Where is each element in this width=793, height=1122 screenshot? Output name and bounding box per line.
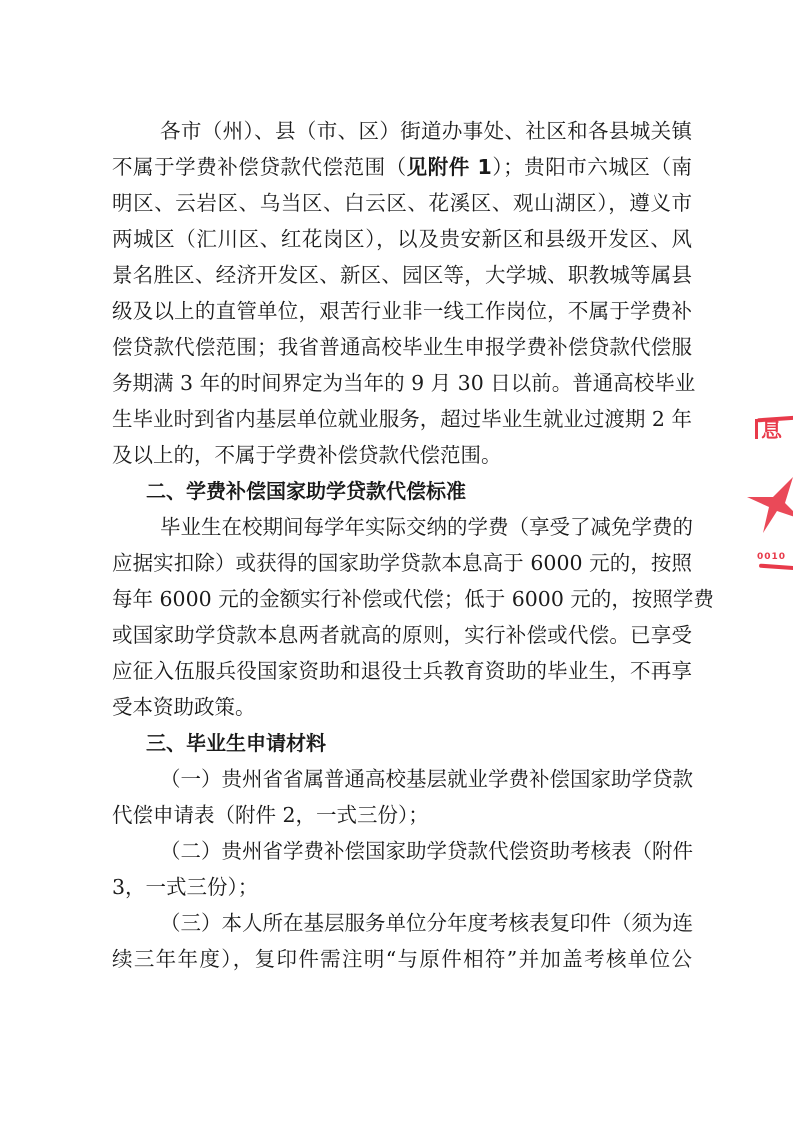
paragraph-line: 级及以上的直管单位，艰苦行业非一线工作岗位，不属于学费补 [112,293,692,329]
list-item-line: （一）贵州省省属普通高校基层就业学费补偿国家助学贷款 [112,761,692,797]
paragraph-line: 应据实扣除）或获得的国家助学贷款本息高于 6000 元的，按照 [112,545,692,581]
text-span: 不属于学费补偿贷款代偿范围（ [112,155,407,179]
attachment-reference: 见附件 1 [407,155,492,179]
list-item-line: 3，一式三份）； [112,869,692,905]
list-item-line: （二）贵州省学费补偿国家助学贷款代偿资助考核表（附件 [112,833,692,869]
list-item-line: 续三年年度），复印件需注明“与原件相符”并加盖考核单位公 [112,941,692,977]
text-span: ）；贵阳市六城区（南 [492,155,692,179]
seal-ring-edge [755,419,758,439]
section-heading: 三、毕业生申请材料 [112,725,692,761]
paragraph-line: 生毕业时到省内基层单位就业服务，超过毕业生就业过渡期 2 年 [112,401,692,437]
paragraph-line: 受本资助政策。 [112,689,692,725]
paragraph-line: 及以上的，不属于学费补偿贷款代偿范围。 [112,437,692,473]
seal-ring-bottom [759,564,793,571]
paragraph-line: 景名胜区、经济开发区、新区、园区等，大学城、职教城等属县 [112,257,692,293]
paragraph-line: 或国家助学贷款本息两者就高的原则，实行补偿或代偿。已享受 [112,617,692,653]
list-item-line: （三）本人所在基层服务单位分年度考核表复印件（须为连 [112,905,692,941]
paragraph-line: 明区、云岩区、乌当区、白云区、花溪区、观山湖区），遵义市 [112,185,692,221]
paragraph-line: 各市（州）、县（市、区）街道办事处、社区和各县城关镇 [112,113,692,149]
seal-star-icon [743,475,793,535]
paragraph-line: 偿贷款代偿范围；我省普通高校毕业生申报学费补偿贷款代偿服 [112,329,692,365]
paragraph-line: 两城区（汇川区、红花岗区），以及贵安新区和县级开发区、风 [112,221,692,257]
paragraph-line: 不属于学费补偿贷款代偿范围（见附件 1）；贵阳市六城区（南 [112,149,692,185]
section-heading: 二、学费补偿国家助学贷款代偿标准 [112,473,692,509]
seal-character: 息 [761,417,782,443]
list-item-line: 代偿申请表（附件 2，一式三份）； [112,797,692,833]
paragraph-line: 应征入伍服兵役国家资助和退役士兵教育资助的毕业生，不再享 [112,653,692,689]
seal-serial-number: 0010 [757,552,786,562]
paragraph-line: 每年 6000 元的金额实行补偿或代偿；低于 6000 元的，按照学费 [112,581,692,617]
paragraph-line: 毕业生在校期间每学年实际交纳的学费（享受了减免学费的 [112,509,692,545]
paragraph-line: 务期满 3 年的时间界定为当年的 9 月 30 日以前。普通高校毕业 [112,365,692,401]
document-body: 各市（州）、县（市、区）街道办事处、社区和各县城关镇 不属于学费补偿贷款代偿范围… [112,113,692,977]
document-page: 各市（州）、县（市、区）街道办事处、社区和各县城关镇 不属于学费补偿贷款代偿范围… [0,0,793,1122]
official-seal-fragment: 息 0010 [735,405,793,585]
